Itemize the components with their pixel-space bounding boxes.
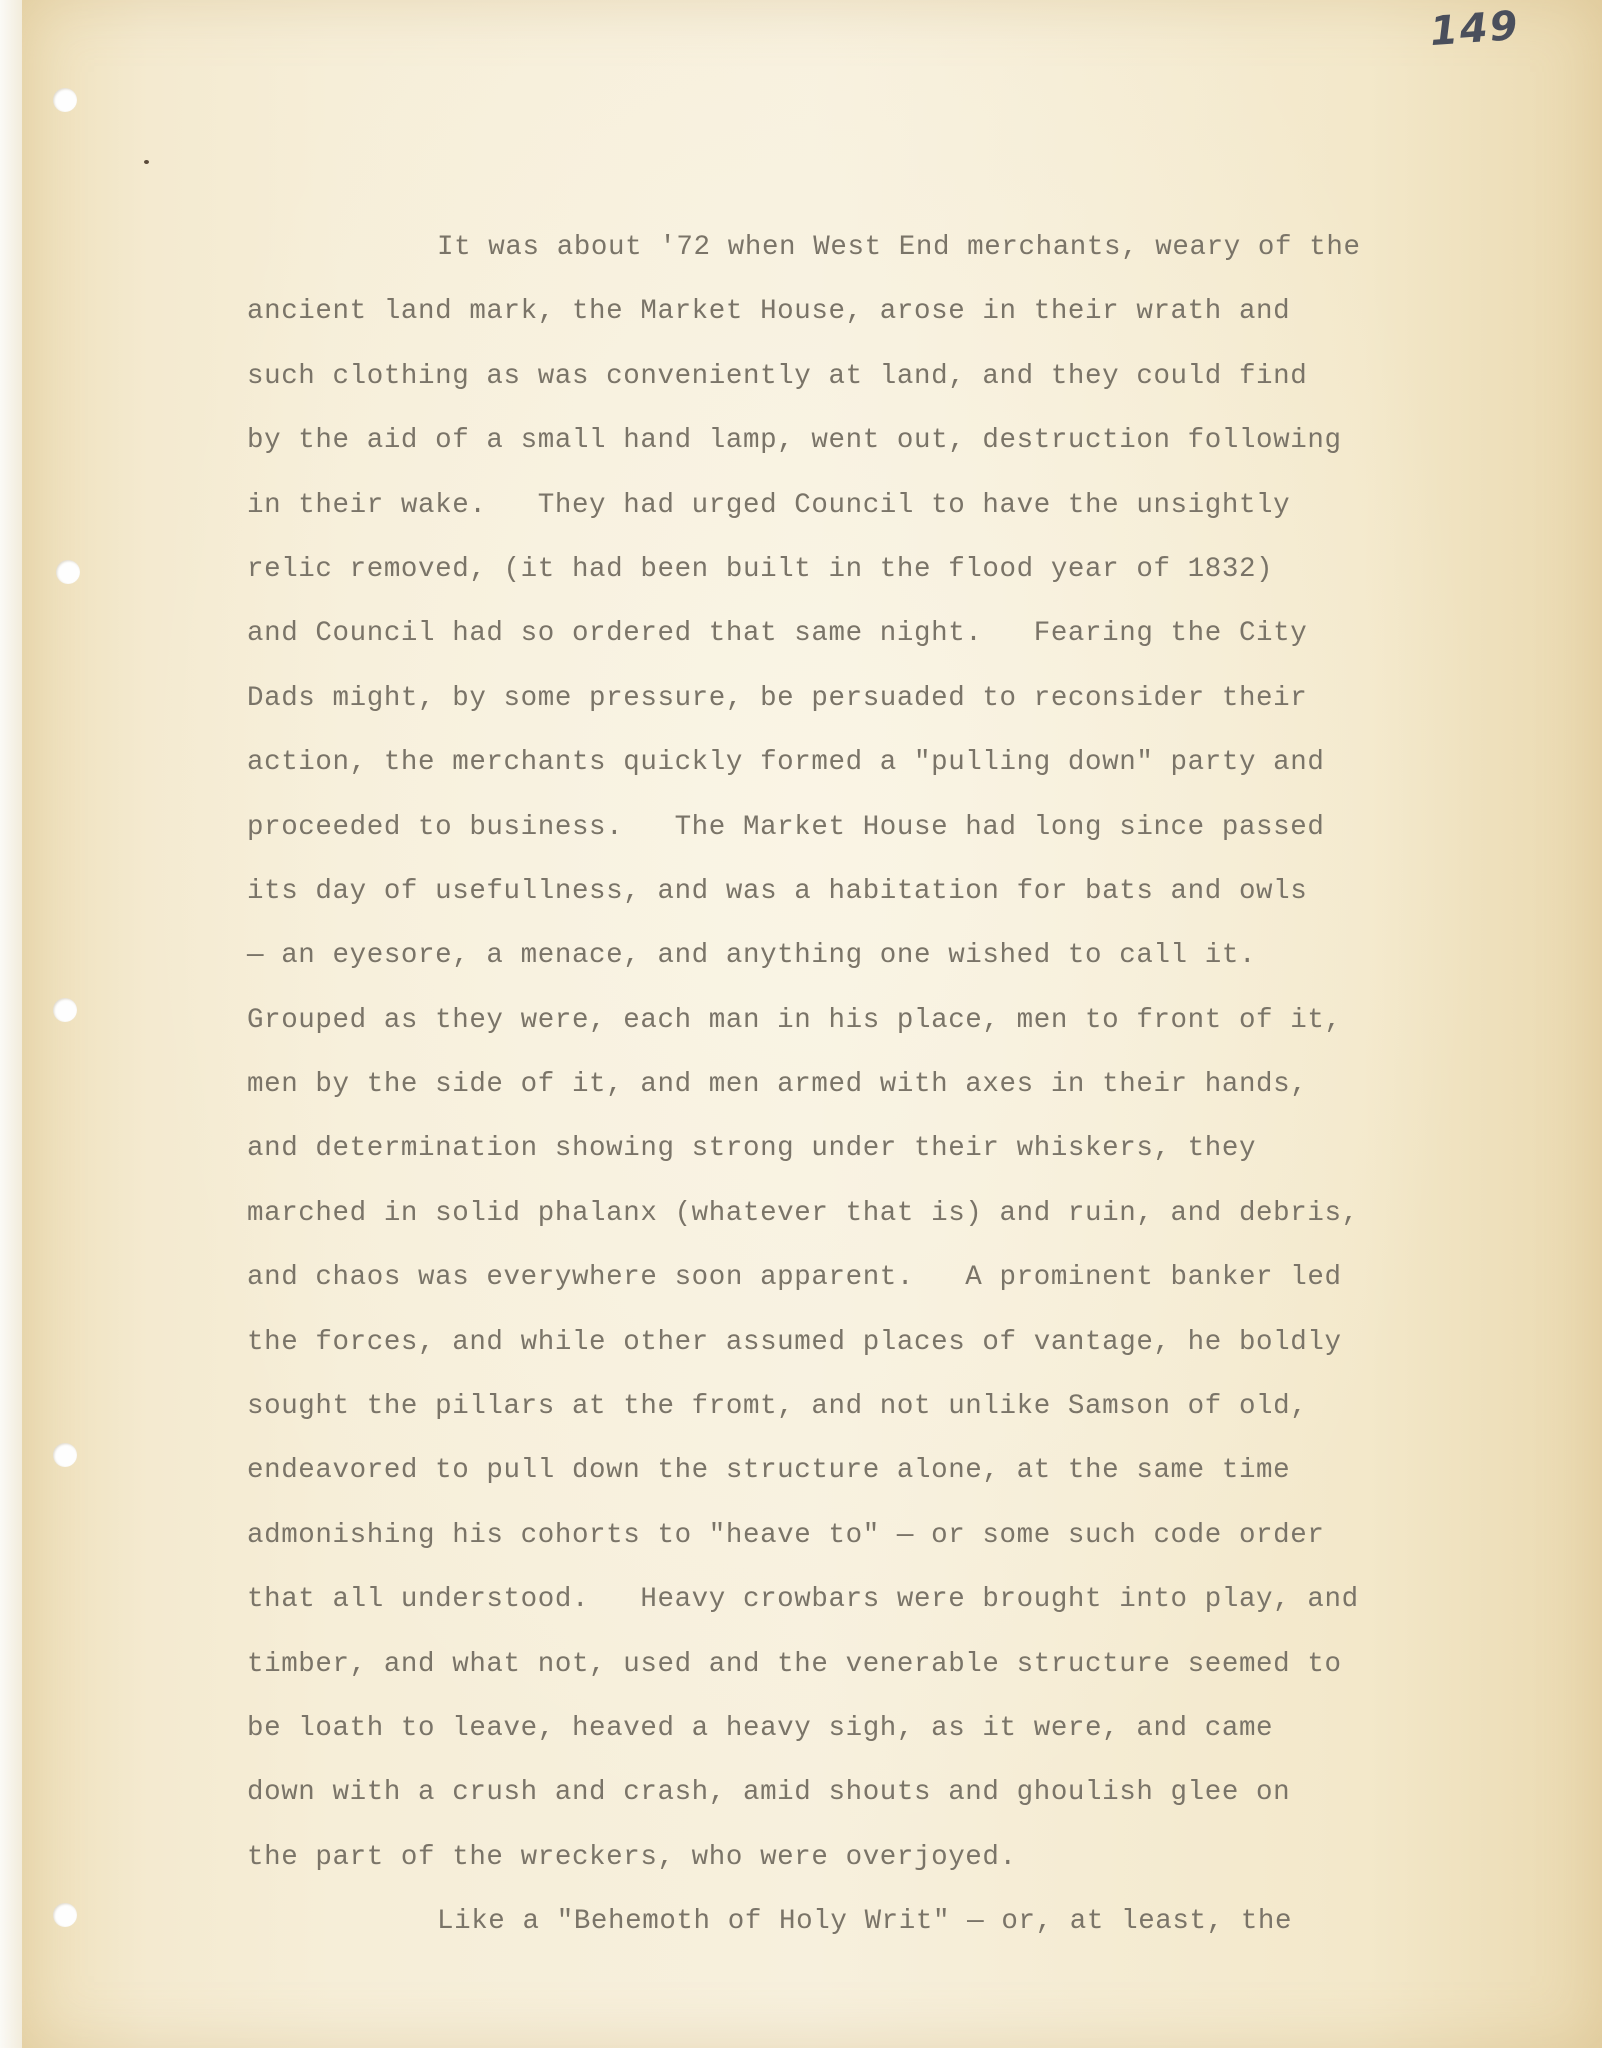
text-line: Like a "Behemoth of Holy Writ" — or, at … bbox=[247, 1900, 1547, 1964]
text-line: Dads might, by some pressure, be persuad… bbox=[247, 677, 1547, 741]
text-line: — an eyesore, a menace, and anything one… bbox=[247, 934, 1547, 998]
scan-edge bbox=[0, 0, 22, 2048]
text-line: and Council had so ordered that same nig… bbox=[247, 612, 1547, 676]
text-line: admonishing his cohorts to "heave to" — … bbox=[247, 1514, 1547, 1578]
text-line: sought the pillars at the fromt, and not… bbox=[247, 1385, 1547, 1449]
text-line: the forces, and while other assumed plac… bbox=[247, 1321, 1547, 1385]
text-line: proceeded to business. The Market House … bbox=[247, 806, 1547, 870]
punch-hole-icon bbox=[53, 998, 77, 1022]
punch-hole-icon bbox=[53, 1443, 77, 1467]
text-line: marched in solid phalanx (whatever that … bbox=[247, 1192, 1547, 1256]
text-line: its day of usefullness, and was a habita… bbox=[247, 870, 1547, 934]
text-line: It was about '72 when West End merchants… bbox=[247, 226, 1547, 290]
text-line: in their wake. They had urged Council to… bbox=[247, 484, 1547, 548]
punch-hole-icon bbox=[53, 88, 77, 112]
document-body: It was about '72 when West End merchants… bbox=[247, 226, 1547, 1965]
text-line: relic removed, (it had been built in the… bbox=[247, 548, 1547, 612]
page-number: 149 bbox=[1429, 3, 1521, 55]
text-line: endeavored to pull down the structure al… bbox=[247, 1449, 1547, 1513]
text-line: by the aid of a small hand lamp, went ou… bbox=[247, 419, 1547, 483]
paragraph-1: It was about '72 when West End merchants… bbox=[247, 226, 1547, 1900]
ink-speck bbox=[144, 160, 149, 164]
text-line: ancient land mark, the Market House, aro… bbox=[247, 290, 1547, 354]
text-line: such clothing as was conveniently at lan… bbox=[247, 355, 1547, 419]
text-line: down with a crush and crash, amid shouts… bbox=[247, 1771, 1547, 1835]
text-line: be loath to leave, heaved a heavy sigh, … bbox=[247, 1707, 1547, 1771]
text-line: and determination showing strong under t… bbox=[247, 1127, 1547, 1191]
text-line: men by the side of it, and men armed wit… bbox=[247, 1063, 1547, 1127]
text-line: timber, and what not, used and the vener… bbox=[247, 1643, 1547, 1707]
text-line: and chaos was everywhere soon apparent. … bbox=[247, 1256, 1547, 1320]
text-line: action, the merchants quickly formed a "… bbox=[247, 741, 1547, 805]
paragraph-2: Like a "Behemoth of Holy Writ" — or, at … bbox=[247, 1900, 1547, 1964]
text-line: Grouped as they were, each man in his pl… bbox=[247, 999, 1547, 1063]
punch-hole-icon bbox=[53, 1903, 77, 1927]
punch-hole-icon bbox=[56, 560, 80, 584]
text-line: the part of the wreckers, who were overj… bbox=[247, 1836, 1547, 1900]
text-line: that all understood. Heavy crowbars were… bbox=[247, 1578, 1547, 1642]
